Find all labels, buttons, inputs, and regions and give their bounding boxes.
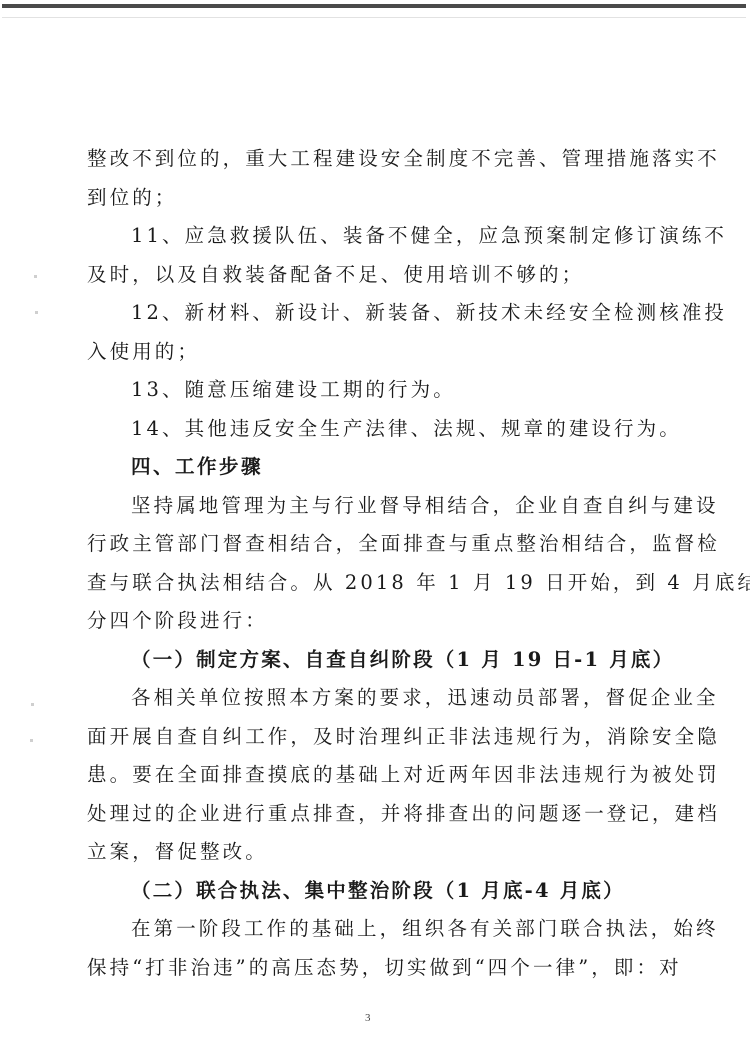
paragraph-line: 坚持属地管理为主与行业督导相结合，企业自查自纠与建设 — [87, 487, 667, 526]
paragraph-line: 保持“打非治违”的高压态势，切实做到“四个一律”，即：对 — [87, 949, 667, 988]
paragraph-line: 各相关单位按照本方案的要求，迅速动员部署，督促企业全 — [87, 679, 667, 718]
list-item-13: 13、随意压缩建设工期的行为。 — [87, 371, 667, 410]
text-line: 整改不到位的，重大工程建设安全制度不完善、管理措施落实不 — [87, 140, 667, 179]
paragraph-line: 患。要在全面排查摸底的基础上对近两年因非法违规行为被处罚 — [87, 756, 667, 795]
list-item-11: 11、应急救援队伍、装备不健全，应急预案制定修订演练不 — [87, 217, 667, 256]
text-line: 到位的； — [87, 179, 667, 218]
scan-speck — [31, 703, 34, 706]
scan-top-edge — [2, 4, 746, 8]
paragraph-line: 分四个阶段进行： — [87, 602, 667, 641]
list-item-14: 14、其他违反安全生产法律、法规、规章的建设行为。 — [87, 410, 667, 449]
scan-speck — [34, 275, 37, 278]
page-number: 3 — [365, 1012, 371, 1024]
paragraph-line: 面开展自查自纠工作，及时治理纠正非法违规行为，消除安全隐 — [87, 718, 667, 757]
document-page-body: 整改不到位的，重大工程建设安全制度不完善、管理措施落实不 到位的； 11、应急救… — [87, 140, 667, 987]
scan-speck — [30, 739, 33, 742]
paragraph-line: 查与联合执法相结合。从 2018 年 1 月 19 日开始，到 4 月底结束， — [87, 564, 667, 603]
text-line: 及时，以及自救装备配备不足、使用培训不够的； — [87, 256, 667, 295]
paragraph-line: 行政主管部门督查相结合，全面排查与重点整治相结合，监督检 — [87, 525, 667, 564]
text-line: 入使用的； — [87, 333, 667, 372]
subsection-heading-phase-2: （二）联合执法、集中整治阶段（1 月底-4 月底） — [87, 872, 667, 911]
paragraph-line: 处理过的企业进行重点排查，并将排查出的问题逐一登记，建档 — [87, 795, 667, 834]
list-item-12: 12、新材料、新设计、新装备、新技术未经安全检测核准投 — [87, 294, 667, 333]
paragraph-line: 在第一阶段工作的基础上，组织各有关部门联合执法，始终 — [87, 910, 667, 949]
scan-speck — [35, 311, 38, 314]
section-heading-work-steps: 四、工作步骤 — [87, 448, 667, 487]
subsection-heading-phase-1: （一）制定方案、自查自纠阶段（1 月 19 日-1 月底） — [87, 641, 667, 680]
scan-top-rule — [2, 17, 746, 18]
paragraph-line: 立案，督促整改。 — [87, 833, 667, 872]
